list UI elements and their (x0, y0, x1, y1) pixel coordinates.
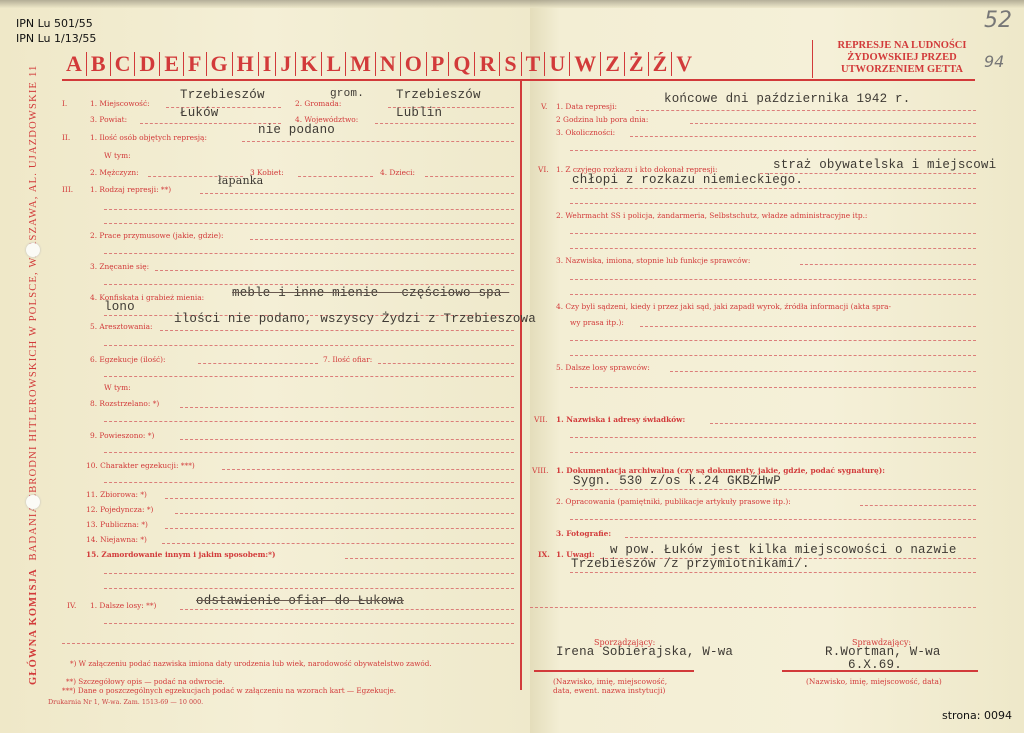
alphabet-letter: G (207, 52, 233, 76)
sporzadzajacy-caption-2: data, ewent. nazwa instytucji) (553, 686, 667, 695)
ilosc-osob-field[interactable] (242, 140, 514, 142)
publiczna-field[interactable] (165, 527, 514, 529)
alphabet-letter: U (545, 52, 570, 76)
dalsze-losy-sprawcow-field-2[interactable] (570, 386, 976, 388)
handwritten-number-side: 94 (984, 52, 1004, 71)
data-represji-value: końcowe dni października 1942 r. (664, 92, 910, 106)
sporzadzajacy-signature-line[interactable] (534, 670, 694, 672)
alphabet-letter: P (427, 52, 449, 76)
wehrmacht-field-2[interactable] (570, 247, 976, 249)
section-VII-num: VII. (534, 415, 548, 424)
alphabet-letter: K (296, 52, 322, 76)
ilosc-osob-value: nie podano (258, 123, 335, 137)
sprawdzajacy-caption: (Nazwisko, imię, miejscowość, data) (806, 677, 942, 686)
dalsze-losy-sprawcow-label: 5. Dalsze losy sprawców: (556, 363, 650, 372)
sadzeni-field-3[interactable] (570, 354, 976, 356)
alphabet-letter: Z (601, 52, 625, 76)
aresztowania-value: ilości nie podano, wszyscy Żydzi z Trzeb… (174, 312, 536, 326)
punch-hole-top (26, 243, 40, 257)
okolicznosci-field-2[interactable] (570, 149, 976, 151)
publiczna-label: 13. Publiczna: *) (86, 520, 148, 529)
swiadkowie-field[interactable] (710, 422, 976, 424)
section-I-num: I. (62, 99, 67, 108)
rodzaj-represji-field[interactable] (200, 192, 514, 194)
uwagi-field-3[interactable] (530, 606, 976, 608)
archive-ref-1: IPN Lu 501/55 (16, 16, 96, 31)
sadzeni-field[interactable] (640, 325, 976, 327)
footnote-2: **) Szczegółowy opis — podać na odwrocie… (66, 677, 225, 686)
data-represji-label: 1. Data represji: (556, 102, 617, 111)
alphabet-letter: J (276, 52, 296, 76)
zbiorowa-label: 11. Zbiorowa: *) (86, 490, 147, 499)
alphabet-letter: N (376, 52, 401, 76)
godzina-label: 2 Godzina lub pora dnia: (556, 115, 648, 124)
dalsze-losy-value: odstawienie ofiar do Łukowa (196, 594, 404, 608)
zamordowanie-field-2[interactable] (104, 572, 514, 574)
powiat-label: 3. Powiat: (90, 115, 127, 124)
rozkaz-field-3[interactable] (570, 202, 976, 204)
nazwiska-sprawcow-label: 3. Nazwiska, imiona, stopnie lub funkcje… (556, 256, 750, 265)
swiadkowie-field-3[interactable] (570, 451, 976, 453)
rozkaz-value-1: straż obywatelska i miejscowi (773, 158, 996, 172)
egzekucje-field-2[interactable] (104, 375, 514, 377)
alphabet-letter: H (233, 52, 259, 76)
nazwiska-sprawcow-field[interactable] (800, 263, 976, 265)
alphabet-letter: B (87, 52, 111, 76)
commission-address: BADANIA ZBRODNI HITLEROWSKICH W POLSCE, … (28, 64, 39, 560)
ilosc-ofiar-label: 7. Ilość ofiar: (323, 355, 372, 364)
gromada-typed-over: grom. (330, 88, 364, 100)
uwagi-value-1: w pow. Łuków jest kilka miejscowości o n… (610, 543, 957, 557)
powieszono-label: 9. Powieszono: *) (90, 431, 154, 440)
powieszono-field[interactable] (180, 438, 514, 440)
footnote-1: *) W załączeniu podać nazwiska imiona da… (70, 659, 510, 668)
sadzeni-label-1: 4. Czy byli sądzeni, kiedy i przez jaki … (556, 302, 891, 311)
rozkaz-field-2[interactable] (570, 187, 976, 189)
sadzeni-label-2: wy prasa itp.): (570, 318, 624, 327)
section-V-num: V. (541, 102, 547, 111)
miejscowosc-label: 1. Miejscowość: (90, 99, 150, 108)
alphabet-letter: W (570, 52, 601, 76)
alphabet-letter: F (184, 52, 206, 76)
alphabet-letter: E (160, 52, 184, 76)
alphabet-letter: S (500, 52, 521, 76)
section-VIII-num: VIII. (532, 466, 548, 475)
konfiskata-value-2: lono (104, 300, 135, 314)
w-tym-label-2: W tym: (104, 383, 131, 392)
swiadkowie-field-2[interactable] (570, 436, 976, 438)
commission-name: GŁÓWNA KOMISJA (28, 568, 39, 685)
godzina-field[interactable] (690, 122, 976, 124)
znecanie-label: 3. Znęcanie się: (90, 262, 149, 271)
rozstrzelano-field[interactable] (180, 406, 514, 408)
alphabet-letter: T (522, 52, 546, 76)
section-IX-num: IX. (538, 550, 550, 559)
dalsze-losy-field-2[interactable] (104, 622, 514, 624)
aresztowania-field-2[interactable] (104, 344, 514, 346)
egzekucje-label: 6. Egzekucje (ilość): (90, 355, 166, 364)
form-title: REPRESJE NA LUDNOŚCI ŻYDOWSKIEJ PRZED UT… (812, 40, 985, 78)
konfiskata-value-1: meble i inne mienie - częściowo spa- (232, 286, 509, 300)
alphabet-letter: I (259, 52, 277, 76)
rozstrzelano-label: 8. Rozstrzelano: *) (90, 399, 159, 408)
zamordowanie-label: 15. Zamordowanie innym i jakim sposobem:… (86, 550, 276, 559)
alphabet-letter: O (401, 52, 427, 76)
sprawdzajacy-value-1: R.Wortman, W-wa (825, 645, 941, 659)
uwagi-field[interactable] (600, 557, 976, 559)
wojewodztwo-value: Lublin (396, 106, 442, 120)
znecanie-field[interactable] (155, 269, 514, 271)
wehrmacht-label: 2. Wehrmacht SS i policja, żandarmeria, … (556, 211, 867, 220)
form-title-line-1: REPRESJE NA LUDNOŚCI (819, 40, 985, 52)
form-title-line-2: ŻYDOWSKIEJ PRZED (819, 52, 985, 64)
gromada-value: Trzebieszów (396, 88, 481, 102)
pojedyncza-field[interactable] (175, 512, 514, 514)
fotografie-field[interactable] (625, 536, 976, 538)
commission-vertical-text: GŁÓWNA KOMISJA BADANIA ZBRODNI HITLEROWS… (28, 64, 39, 685)
alphabet-letter: M (346, 52, 376, 76)
sadzeni-field-2[interactable] (570, 339, 976, 341)
opracowania-label: 2. Opracowania (pamiętniki, publikacje a… (556, 497, 791, 506)
niejawna-field[interactable] (162, 542, 514, 544)
page-number: strona: 0094 (942, 709, 1012, 722)
sporzadzajacy-caption-1: (Nazwisko, imię, miejscowość, (553, 677, 667, 686)
archive-ref-2: IPN Lu 1/13/55 (16, 31, 96, 46)
wehrmacht-field[interactable] (570, 232, 976, 234)
printer-note: Drukarnia Nr 1, W-wa. Zam. 1513-69 — 10 … (48, 698, 203, 706)
egzekucje-field[interactable] (198, 362, 318, 364)
aresztowania-field[interactable] (160, 329, 514, 331)
niejawna-label: 14. Niejawna: *) (86, 535, 147, 544)
uwagi-value-2: Trzebieszów /z przymiotnikami/. (571, 557, 810, 571)
dzieci-label: 4. Dzieci: (380, 168, 415, 177)
rodzaj-represji-label: 1. Rodzaj represji: **) (90, 185, 171, 194)
wojewodztwo-field[interactable] (375, 122, 514, 124)
miejscowosc-value: Trzebieszów (180, 88, 265, 102)
section-IV-num: IV. (67, 601, 76, 610)
ilosc-ofiar-field[interactable] (378, 362, 514, 364)
charakter-egzekucji-label: 10. Charakter egzekucji: ***) (86, 461, 195, 470)
alphabet-letter: V (672, 52, 696, 76)
prace-field[interactable] (250, 238, 514, 240)
section-IV-rule (62, 642, 514, 644)
dalsze-losy-field[interactable] (180, 608, 514, 610)
zamordowanie-field[interactable] (345, 557, 514, 559)
rozkaz-value-2: chłopi z rozkazu niemieckiego. (572, 173, 803, 187)
alphabet-letter: D (135, 52, 160, 76)
footnote-3: ***) Dane o poszczególnych egzekucjach p… (62, 686, 396, 695)
w-tym-label: W tym: (104, 151, 131, 160)
alphabet-letter: A (62, 52, 87, 76)
punch-hole-bottom (26, 495, 40, 509)
rozstrzelano-field-2[interactable] (104, 420, 514, 422)
rodzaj-represji-field-2[interactable] (104, 208, 514, 210)
header-rule (62, 79, 975, 81)
alphabet-letter: L (322, 52, 346, 76)
section-VI-num: VI. (538, 165, 549, 174)
pojedyncza-label: 12. Pojedyncza: *) (86, 505, 153, 514)
sporzadzajacy-caption: (Nazwisko, imię, miejscowość, data, ewen… (553, 677, 667, 695)
gromada-label: 2. Gromada: (295, 99, 341, 108)
rodzaj-represji-value: łapanka (218, 174, 263, 187)
archive-reference: IPN Lu 501/55 IPN Lu 1/13/55 (16, 16, 96, 46)
dalsze-losy-sprawcow-field[interactable] (670, 370, 976, 372)
zamordowanie-field-3[interactable] (104, 587, 514, 589)
section-III-num: III. (62, 185, 73, 194)
alphabet-letter: R (475, 52, 500, 76)
alphabet-letter: C (111, 52, 136, 76)
dzieci-field[interactable] (425, 175, 514, 177)
opracowania-field[interactable] (860, 504, 976, 506)
dokumentacja-field[interactable] (570, 488, 976, 490)
opracowania-field-2[interactable] (570, 518, 976, 520)
form-title-line-3: UTWORZENIEM GETTA (819, 64, 985, 76)
charakter-egzekucji-field[interactable] (222, 468, 514, 470)
column-divider (520, 80, 522, 690)
alphabet-letter: Ź (649, 52, 673, 76)
handwritten-number-top: 52 (984, 8, 1012, 33)
swiadkowie-label: 1. Nazwiska i adresy świadków: (556, 415, 685, 424)
prace-field-2[interactable] (104, 252, 514, 254)
prace-label: 2. Prace przymusowe (jakie, gdzie): (90, 231, 224, 240)
znecanie-field-2[interactable] (104, 283, 514, 285)
rodzaj-represji-field-3[interactable] (104, 222, 514, 224)
dalsze-losy-label: 1. Dalsze losy: **) (90, 601, 156, 610)
scan-edge-shadow (0, 0, 1024, 8)
okolicznosci-field[interactable] (630, 135, 976, 137)
alphabet-index: ABCDEFGHIJKLMNOPQRSTUWZŻŹV (62, 52, 696, 76)
alphabet-letter: Ż (625, 52, 649, 76)
fotografie-label: 3. Fotografie: (556, 529, 611, 538)
charakter-egzekucji-field-2[interactable] (104, 481, 514, 483)
nazwiska-sprawcow-field-3[interactable] (570, 293, 976, 295)
nazwiska-sprawcow-field-2[interactable] (570, 278, 976, 280)
okolicznosci-label: 3. Okoliczności: (556, 128, 615, 137)
section-II-num: II. (62, 133, 70, 142)
zbiorowa-field[interactable] (165, 497, 514, 499)
sporzadzajacy-value: Irena Sobierajska, W-wa (556, 645, 733, 659)
kobiet-field[interactable] (298, 175, 373, 177)
data-represji-field[interactable] (636, 109, 976, 111)
mezczyzn-label: 2. Mężczyzn: (90, 168, 139, 177)
uwagi-field-2[interactable] (570, 571, 976, 573)
dokumentacja-value: Sygn. 530 z/os k.24 GKBZHwP (573, 474, 781, 488)
powieszono-field-2[interactable] (104, 451, 514, 453)
powiat-value: Łuków (180, 106, 219, 120)
sprawdzajacy-signature-line[interactable] (782, 670, 978, 672)
alphabet-letter: Q (449, 52, 475, 76)
aresztowania-label: 5. Aresztowania: (90, 322, 153, 331)
ilosc-osob-label: 1. Ilość osób objętych represją: (90, 133, 207, 142)
